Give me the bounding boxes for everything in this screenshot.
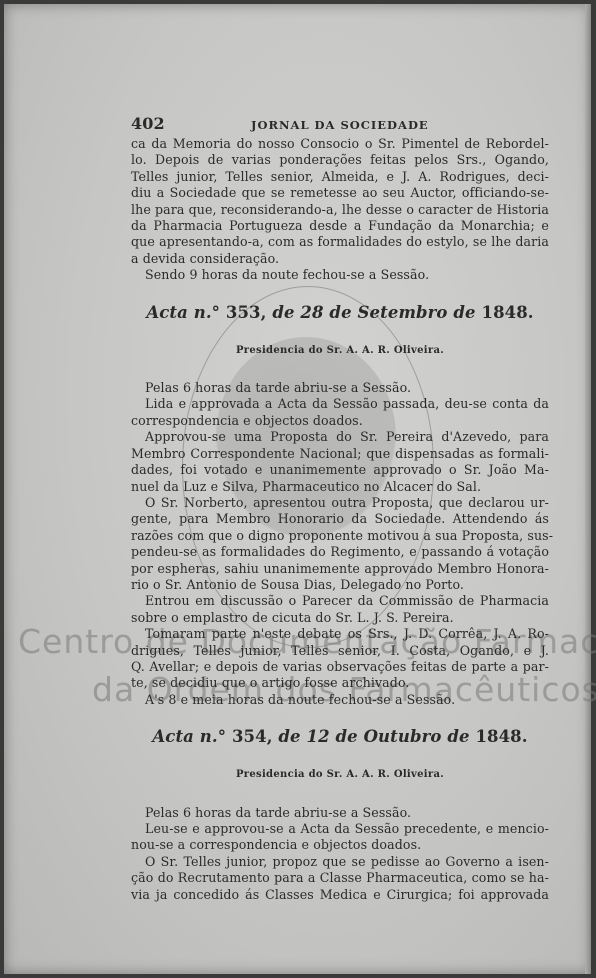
- text-line: diu a Sociedade que se remetesse ao seu …: [131, 185, 549, 201]
- acta-354-paragraph-1: Pelas 6 horas da tarde abriu-se a Sessão…: [131, 805, 549, 821]
- text-line: Approvou-se uma Proposta do Sr. Pereira …: [131, 429, 549, 445]
- acta-year: 1848.: [481, 303, 533, 322]
- acta-prefix: Acta n.°: [146, 303, 220, 322]
- text-line: sobre o emplastro de cicuta do Sr. L. J.…: [131, 610, 549, 626]
- page-edge: [585, 4, 591, 974]
- text-line: nuel da Luz e Silva, Pharmaceutico no Al…: [131, 479, 549, 495]
- text-line: O Sr. Norberto, apresentou outra Propost…: [131, 495, 549, 511]
- text-line: ção do Recrutamento para a Classe Pharma…: [131, 870, 549, 886]
- acta-number: 353: [226, 303, 261, 322]
- text-line: drigues, Telles junior, Telles senior, I…: [131, 643, 549, 659]
- text-line: correspondencia e objectos doados.: [131, 413, 549, 429]
- text-line: Pelas 6 horas da tarde abriu-se a Sessão…: [131, 380, 549, 396]
- text-line: te, se decidiu que o artigo fosse archiv…: [131, 675, 549, 691]
- text-line: dades, foi votado e unanimemente approva…: [131, 462, 549, 478]
- page-body: 402 JORNAL DA SOCIEDADE ca da Memoria do…: [131, 116, 549, 903]
- text-line: O Sr. Telles junior, propoz que se pedis…: [131, 854, 549, 870]
- acta-date: de 28 de Setembro de: [272, 303, 475, 322]
- text-line: por espheras, sahiu unanimemente approva…: [131, 561, 549, 577]
- session-closing: Sendo 9 horas da noute fechou-se a Sessã…: [131, 267, 549, 283]
- text-line: Membro Correspondente Nacional; que disp…: [131, 446, 549, 462]
- text-line: via ja concedido ás Classes Medica e Cir…: [131, 887, 549, 903]
- acta-353-paragraph-3: Approvou-se uma Proposta do Sr. Pereira …: [131, 429, 549, 495]
- text-line: ca da Memoria do nosso Consocio o Sr. Pi…: [131, 136, 549, 152]
- page-number: 402: [131, 116, 251, 132]
- acta-number: 354: [232, 727, 267, 746]
- running-head: 402 JORNAL DA SOCIEDADE: [131, 116, 549, 136]
- acta-353-paragraph-6: Tomaram parte n'este debate os Srs., J. …: [131, 626, 549, 692]
- text-line: nou-se a correspondencia e objectos doad…: [131, 837, 549, 853]
- acta-353-paragraph-1: Pelas 6 horas da tarde abriu-se a Sessão…: [131, 380, 549, 396]
- acta-353-paragraph-7: A's 8 e meia horas da noute fechou-se a …: [131, 692, 549, 708]
- text-line: da Pharmacia Portugueza desde a Fundação…: [131, 218, 549, 234]
- acta-year: 1848.: [475, 727, 527, 746]
- text-line: lhe para que, reconsiderando-a, lhe dess…: [131, 202, 549, 218]
- text-line: Lida e approvada a Acta da Sessão passad…: [131, 396, 549, 412]
- text-line: lo. Depois de varias ponderações feitas …: [131, 152, 549, 168]
- text-line: gente, para Membro Honorario da Sociedad…: [131, 511, 549, 527]
- acta-354-heading: Acta n.° 354, de 12 de Outubro de 1848.: [131, 729, 549, 751]
- acta-353-presidency: Presidencia do Sr. A. A. R. Oliveira.: [131, 343, 549, 359]
- acta-353-paragraph-4: O Sr. Norberto, apresentou outra Propost…: [131, 495, 549, 593]
- acta-353-heading: Acta n.° 353, de 28 de Setembro de 1848.: [131, 305, 549, 327]
- intro-paragraph: ca da Memoria do nosso Consocio o Sr. Pi…: [131, 136, 549, 267]
- text-line: a devida consideração.: [131, 251, 549, 267]
- text-line: que apresentando-a, com as formalidades …: [131, 234, 549, 250]
- text-line: Leu-se e approvou-se a Acta da Sessão pr…: [131, 821, 549, 837]
- acta-353-paragraph-5: Entrou em discussão o Parecer da Commiss…: [131, 593, 549, 626]
- text-line: rio o Sr. Antonio de Sousa Dias, Delegad…: [131, 577, 549, 593]
- acta-date: de 12 de Outubro de: [278, 727, 469, 746]
- journal-title: JORNAL DA SOCIEDADE: [251, 117, 429, 133]
- text-line: Entrou em discussão o Parecer da Commiss…: [131, 593, 549, 609]
- text-line: Sendo 9 horas da noute fechou-se a Sessã…: [131, 267, 549, 283]
- text-line: Q. Avellar; e depois de varias observaçõ…: [131, 659, 549, 675]
- text-line: Pelas 6 horas da tarde abriu-se a Sessão…: [131, 805, 549, 821]
- acta-354-presidency: Presidencia do Sr. A. A. R. Oliveira.: [131, 767, 549, 783]
- acta-353-paragraph-2: Lida e approvada a Acta da Sessão passad…: [131, 396, 549, 429]
- acta-354-paragraph-3: O Sr. Telles junior, propoz que se pedis…: [131, 854, 549, 903]
- text-line: A's 8 e meia horas da noute fechou-se a …: [131, 692, 549, 708]
- text-line: razões com que o digno proponente motivo…: [131, 528, 549, 544]
- text-line: Telles junior, Telles senior, Almeida, e…: [131, 169, 549, 185]
- text-line: pendeu-se as formalidades do Regimento, …: [131, 544, 549, 560]
- acta-354-paragraph-2: Leu-se e approvou-se a Acta da Sessão pr…: [131, 821, 549, 854]
- acta-prefix: Acta n.°: [152, 727, 226, 746]
- text-line: Tomaram parte n'este debate os Srs., J. …: [131, 626, 549, 642]
